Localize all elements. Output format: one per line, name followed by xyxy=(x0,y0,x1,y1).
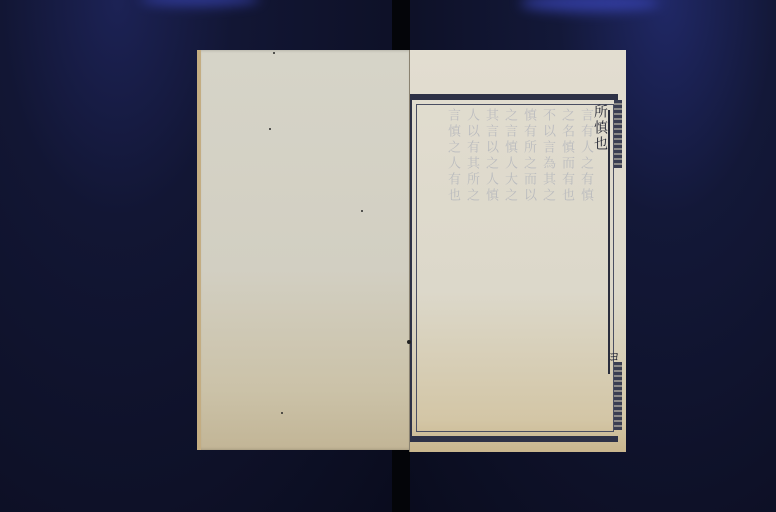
ghost-column: 不以言為其之 xyxy=(541,108,554,418)
ghost-column: 慎有所之而以 xyxy=(522,108,535,418)
page-marker-glyph: ヨ xyxy=(608,348,620,365)
paper-speck xyxy=(273,52,275,54)
ghost-column: 其言以之人慎 xyxy=(484,108,497,418)
show-through-text: 言有人之有慎 之名慎而有也 不以言為其之 慎有所之而以 之言慎人大之 其言以之人… xyxy=(422,108,592,418)
ghost-column: 言有人之有慎 xyxy=(579,108,592,418)
column-divider-line xyxy=(608,110,610,374)
paper-speck xyxy=(361,210,363,212)
ghost-column: 言慎之人有也 xyxy=(446,108,459,418)
open-book: 言有人之有慎 之名慎而有也 不以言為其之 慎有所之而以 之言慎人大之 其言以之人… xyxy=(197,50,627,452)
fore-edge-pattern-top xyxy=(614,100,622,168)
ghost-column: 之言慎人大之 xyxy=(503,108,516,418)
photo-scene: 言有人之有慎 之名慎而有也 不以言為其之 慎有所之而以 之言慎人大之 其言以之人… xyxy=(0,0,776,512)
paper-speck xyxy=(269,128,271,130)
ghost-column: 人以有其所之 xyxy=(465,108,478,418)
right-printed-page: 言有人之有慎 之名慎而有也 不以言為其之 慎有所之而以 之言慎人大之 其言以之人… xyxy=(409,50,626,452)
ghost-column: 之名慎而有也 xyxy=(560,108,573,418)
fore-edge-pattern-bottom xyxy=(614,362,622,430)
printed-characters: 所慎也 xyxy=(590,104,610,152)
paper-speck xyxy=(281,412,283,414)
binding-thread-mark xyxy=(407,340,411,344)
left-blank-page xyxy=(197,50,413,450)
